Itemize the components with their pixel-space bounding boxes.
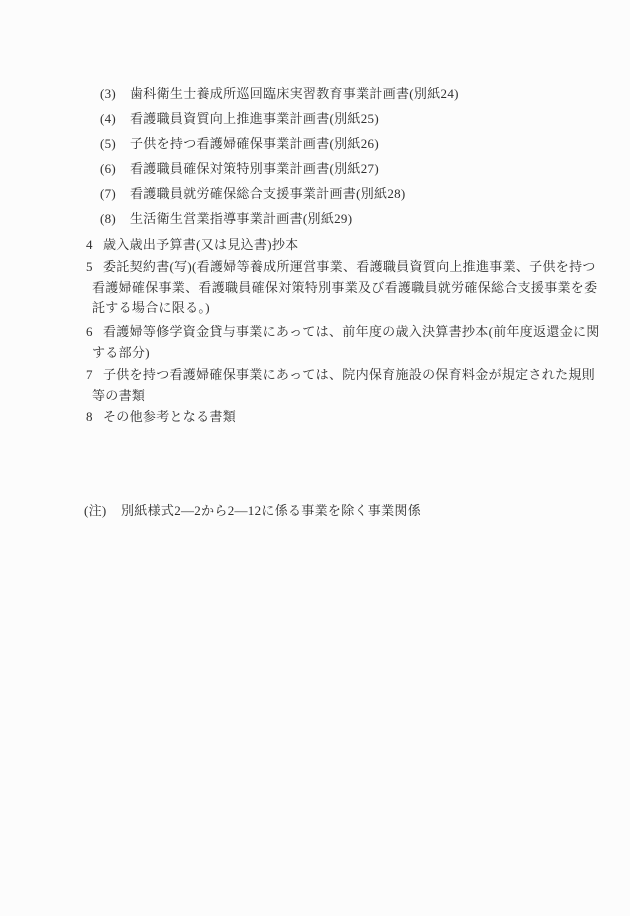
- item-number: 4: [86, 235, 103, 256]
- list-item: (3) 歯科衛生士養成所巡回臨床実習教育事業計画書(別紙24): [100, 84, 459, 104]
- item-text: その他参考となる書類: [103, 407, 236, 428]
- item-number: 7: [86, 365, 103, 386]
- item-text: 看護職員就労確保総合支援事業計画書(別紙28): [130, 184, 406, 204]
- list-item: (4) 看護職員資質向上推進事業計画書(別紙25): [100, 109, 379, 129]
- item-line: 等の書類: [92, 386, 566, 407]
- item-text: 歯科衛生士養成所巡回臨床実習教育事業計画書(別紙24): [130, 84, 459, 104]
- item-number: 6: [86, 322, 103, 343]
- item-line: 7 子供を持つ看護婦確保事業にあっては、院内保育施設の保育料金が規定された規則: [86, 365, 566, 386]
- list-item: 7 子供を持つ看護婦確保事業にあっては、院内保育施設の保育料金が規定された規則 …: [86, 365, 566, 406]
- item-line: する部分): [92, 343, 566, 364]
- document-page: (3) 歯科衛生士養成所巡回臨床実習教育事業計画書(別紙24) (4) 看護職員…: [0, 0, 630, 916]
- list-item: 6 看護婦等修学資金貸与事業にあっては、前年度の歳入決算書抄本(前年度返還金に関…: [86, 322, 566, 363]
- item-text: 看護職員資質向上推進事業計画書(別紙25): [130, 109, 379, 129]
- item-number: (6): [100, 159, 130, 179]
- list-item: 4 歳入歳出予算書(又は見込書)抄本: [86, 235, 566, 256]
- item-line: 5 委託契約書(写)(看護婦等養成所運営事業、看護職員資質向上推進事業、子供を持…: [86, 257, 566, 278]
- list-item: 8 その他参考となる書類: [86, 407, 566, 428]
- list-item: (6) 看護職員確保対策特別事業計画書(別紙27): [100, 159, 379, 179]
- list-item: (7) 看護職員就労確保総合支援事業計画書(別紙28): [100, 184, 406, 204]
- item-text: 子供を持つ看護婦確保事業にあっては、院内保育施設の保育料金が規定された規則: [103, 365, 595, 386]
- item-number: 5: [86, 257, 103, 278]
- item-text: 歳入歳出予算書(又は見込書)抄本: [103, 235, 298, 256]
- note-label: (注): [84, 501, 121, 521]
- item-text: 看護職員確保対策特別事業計画書(別紙27): [130, 159, 379, 179]
- item-text: 委託契約書(写)(看護婦等養成所運営事業、看護職員資質向上推進事業、子供を持つ: [103, 257, 596, 278]
- item-number: (7): [100, 184, 130, 204]
- item-line: 託する場合に限る。): [92, 298, 566, 319]
- note: (注) 別紙様式2―2から2―12に係る事業を除く事業関係: [84, 501, 421, 521]
- item-line: 看護婦確保事業、看護職員確保対策特別事業及び看護職員就労確保総合支援事業を委: [92, 278, 566, 299]
- item-number: (8): [100, 209, 130, 229]
- item-text: 生活衛生営業指導事業計画書(別紙29): [130, 209, 352, 229]
- list-item: (8) 生活衛生営業指導事業計画書(別紙29): [100, 209, 352, 229]
- item-line: 6 看護婦等修学資金貸与事業にあっては、前年度の歳入決算書抄本(前年度返還金に関: [86, 322, 566, 343]
- item-text: 看護婦等修学資金貸与事業にあっては、前年度の歳入決算書抄本(前年度返還金に関: [103, 322, 600, 343]
- note-text: 別紙様式2―2から2―12に係る事業を除く事業関係: [121, 501, 421, 521]
- item-number: (4): [100, 109, 130, 129]
- item-number: (3): [100, 84, 130, 104]
- item-text: 子供を持つ看護婦確保事業計画書(別紙26): [130, 134, 379, 154]
- item-line: 4 歳入歳出予算書(又は見込書)抄本: [86, 235, 566, 256]
- list-item: (5) 子供を持つ看護婦確保事業計画書(別紙26): [100, 134, 379, 154]
- list-item: 5 委託契約書(写)(看護婦等養成所運営事業、看護職員資質向上推進事業、子供を持…: [86, 257, 566, 319]
- item-line: 8 その他参考となる書類: [86, 407, 566, 428]
- item-number: 8: [86, 407, 103, 428]
- item-number: (5): [100, 134, 130, 154]
